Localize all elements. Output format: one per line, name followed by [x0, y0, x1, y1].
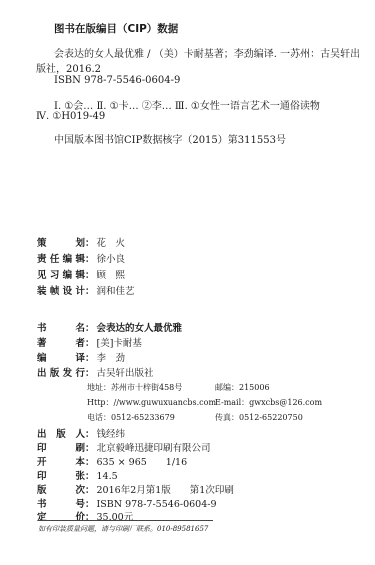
pub-isbn: 书 号 ： ISBN 978-7-5546-0604-9 [37, 496, 217, 510]
credit-value: 花 火 [97, 235, 126, 249]
label-char: 版 [50, 365, 60, 379]
pub-value: 古吴轩出版社 [97, 365, 154, 379]
credit-planner: 策 划 ： 花 火 [37, 235, 125, 249]
quality-notice: 如有印装质量问题，请与印刷厂联系。010-89581657 [38, 524, 208, 534]
label-char: 号 [75, 496, 85, 510]
label-char: 版 [56, 426, 66, 440]
pub-value: 北京毅峰迅捷印刷有限公司 [97, 440, 211, 454]
pub-label: 出 版 人 [37, 426, 85, 440]
label-char: 策 [37, 235, 47, 249]
credit-designer: 装 帧 设 计 ： 润和佳艺 [37, 283, 135, 297]
cip-line-title: 会表达的女人最优雅 / （美）卡耐基著；李劲编译. 一苏州：古吴轩出 [54, 45, 360, 60]
pub-label: 出 版 发 行 [37, 365, 85, 379]
label-char: 名 [75, 320, 85, 334]
label-char: 编 [63, 251, 73, 265]
pub-publisher-person: 出 版 人 ： 钱经纬 [37, 426, 125, 440]
colon: ： [85, 468, 95, 482]
label-char: 印 [37, 440, 47, 454]
label-char: 划 [75, 235, 85, 249]
publisher-phone: 电话：0512-65233679 [87, 412, 175, 423]
pub-label: 编 译 [37, 350, 85, 364]
label-char: 编 [37, 350, 47, 364]
pub-sheets: 印 张 ： 14.5 [37, 468, 118, 482]
label-char: 刷 [75, 440, 85, 454]
label-char: 次 [75, 482, 85, 496]
cip-line-record-number: 中国版本图书馆CIP数据核字（2015）第311553号 [54, 131, 286, 146]
pub-translator: 编 译 ： 李 劲 [37, 350, 125, 364]
footer-divider [38, 520, 213, 521]
pub-value: 14.5 [97, 471, 118, 482]
publisher-website[interactable]: Http：//www.guwuxuancbs.com [87, 397, 216, 408]
label-char: 装 [37, 283, 47, 297]
pub-label: 书 名 [37, 320, 85, 334]
cip-line-class-code: Ⅳ. ①H019-49 [36, 111, 105, 122]
credit-trainee-editor: 见 习 编 辑 ： 顾 熙 [37, 267, 125, 281]
pub-value: 635 × 965 1/16 [97, 454, 188, 468]
pub-author: 著 者 ： [美]卡耐基 [37, 335, 142, 349]
label-char: 辑 [75, 251, 85, 265]
pub-edition: 版 次 ： 2016年2月第1版 第1次印刷 [37, 482, 234, 496]
cip-line-classification: Ⅰ. ①会… Ⅱ. ①卡… ②李… Ⅲ. ①女性一语言艺术一通俗读物 [54, 97, 320, 112]
label-char: 人 [75, 426, 85, 440]
colon: ： [85, 426, 95, 440]
pub-printer: 印 刷 ： 北京毅峰迅捷印刷有限公司 [37, 440, 211, 454]
pub-format: 开 本 ： 635 × 965 1/16 [37, 454, 187, 468]
label-char: 任 [50, 251, 60, 265]
credit-value: 润和佳艺 [97, 283, 135, 297]
label-char: 习 [50, 267, 60, 281]
label-char: 著 [37, 335, 47, 349]
label-char: 译 [75, 350, 85, 364]
colon: ： [85, 267, 95, 281]
label-char: 书 [37, 496, 47, 510]
label-char: 帧 [50, 283, 60, 297]
label-char: 责 [37, 251, 47, 265]
credit-editor: 责 任 编 辑 ： 徐小良 [37, 251, 125, 265]
cip-line-isbn: ISBN 978-7-5546-0604-9 [54, 75, 180, 86]
publisher-postcode: 邮编：215006 [215, 382, 270, 393]
publisher-email[interactable]: E-mail：gwxcbs@126.com [215, 397, 322, 408]
label-char: 者 [75, 335, 85, 349]
colon: ： [85, 496, 95, 510]
publisher-fax: 传真：0512-65220750 [215, 412, 303, 423]
credit-label: 装 帧 设 计 [37, 283, 85, 297]
colon: ： [85, 335, 95, 349]
colon: ： [85, 235, 95, 249]
credit-label: 策 划 [37, 235, 85, 249]
colon: ： [85, 251, 95, 265]
credit-value: 徐小良 [97, 251, 126, 265]
pub-value: 钱经纬 [97, 426, 126, 440]
label-char: 版 [37, 482, 47, 496]
pub-publisher: 出 版 发 行 ： 古吴轩出版社 [37, 365, 154, 379]
label-char: 印 [37, 468, 47, 482]
pub-value: 李 劲 [97, 350, 126, 364]
label-char: 辑 [75, 267, 85, 281]
pub-label: 著 者 [37, 335, 85, 349]
colon: ： [85, 320, 95, 334]
pub-value: 2016年2月第1版 第1次印刷 [97, 482, 234, 496]
pub-label: 版 次 [37, 482, 85, 496]
label-char: 出 [37, 426, 47, 440]
label-char: 设 [63, 283, 73, 297]
label-char: 见 [37, 267, 47, 281]
pub-value: 会表达的女人最优雅 [97, 320, 183, 334]
pub-book-name: 书 名 ： 会表达的女人最优雅 [37, 320, 182, 334]
cip-line-publisher: 版社，2016.2 [36, 60, 101, 75]
colon: ： [85, 482, 95, 496]
label-char: 出 [37, 365, 47, 379]
label-char: 张 [75, 468, 85, 482]
colon: ： [85, 440, 95, 454]
label-char: 本 [75, 454, 85, 468]
label-char: 发 [63, 365, 73, 379]
publisher-address: 地址：苏州市十梓街458号 [87, 382, 182, 393]
credit-label: 见 习 编 辑 [37, 267, 85, 281]
pub-label: 印 张 [37, 468, 85, 482]
pub-label: 书 号 [37, 496, 85, 510]
pub-label: 开 本 [37, 454, 85, 468]
label-char: 计 [75, 283, 85, 297]
pub-label: 印 刷 [37, 440, 85, 454]
colon: ： [85, 283, 95, 297]
colon: ： [85, 350, 95, 364]
credit-label: 责 任 编 辑 [37, 251, 85, 265]
label-char: 书 [37, 320, 47, 334]
label-char: 开 [37, 454, 47, 468]
label-char: 行 [75, 365, 85, 379]
label-char: 编 [63, 267, 73, 281]
credit-value: 顾 熙 [97, 267, 126, 281]
colon: ： [85, 454, 95, 468]
colon: ： [85, 365, 95, 379]
pub-value: [美]卡耐基 [97, 335, 142, 349]
cip-title: 图书在版编目（CIP）数据 [54, 21, 178, 36]
